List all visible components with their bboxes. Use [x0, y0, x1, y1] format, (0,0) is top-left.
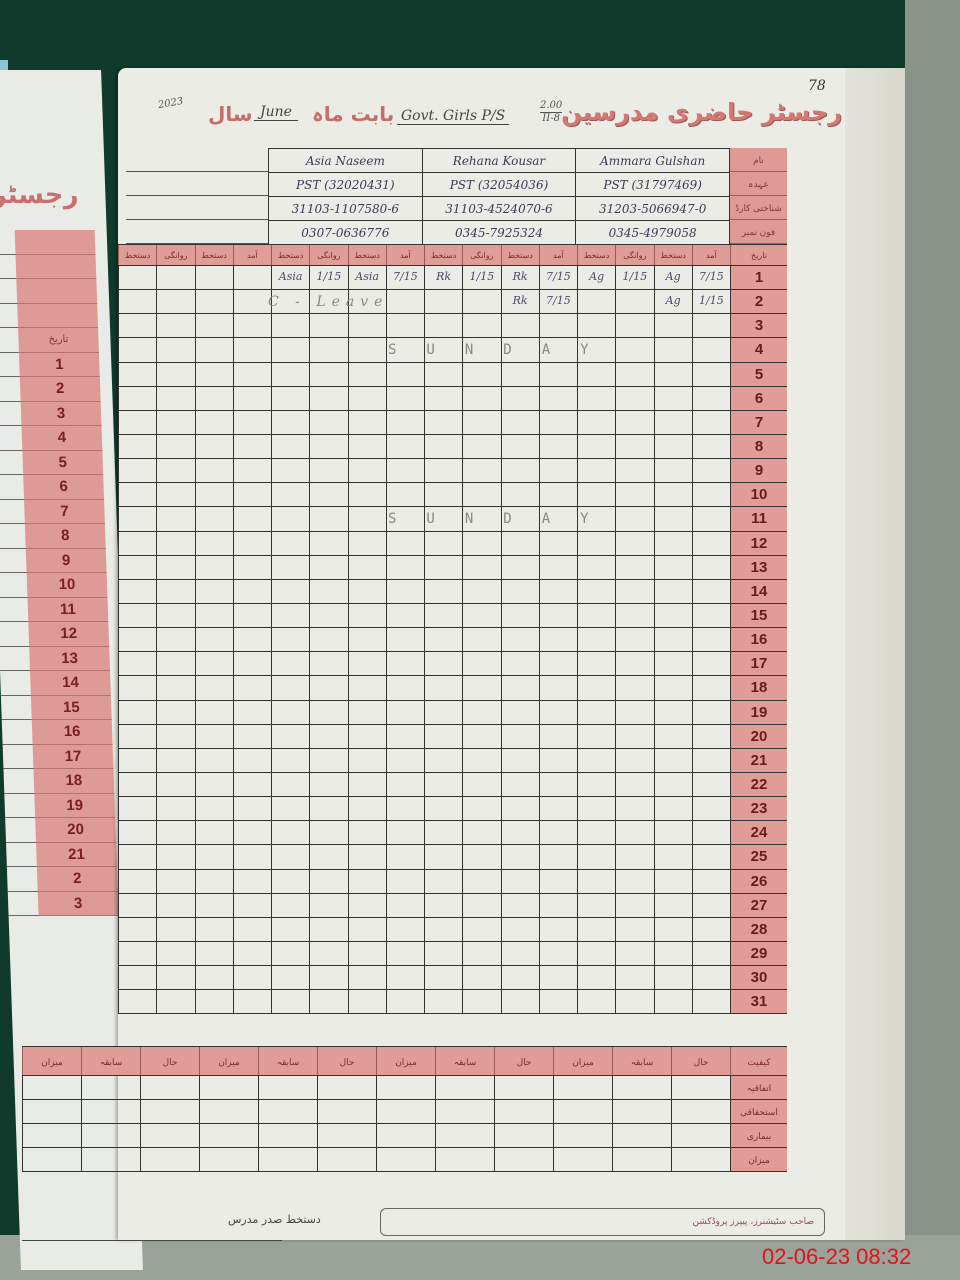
attendance-cell [156, 990, 194, 1013]
attendance-cell [692, 725, 730, 748]
summary-cell [199, 1148, 258, 1171]
attendance-cell [386, 483, 424, 506]
attendance-cell: Rk [501, 266, 539, 289]
attendance-cell [118, 652, 156, 675]
attendance-cell [233, 725, 271, 748]
attendance-cell [577, 652, 615, 675]
attendance-cell [615, 435, 653, 458]
attendance-cell [424, 701, 462, 724]
attendance-cell [615, 701, 653, 724]
attendance-cell [424, 580, 462, 603]
left-info-label [15, 255, 96, 280]
summary-row: میزان [22, 1148, 787, 1172]
summary-cell [671, 1148, 730, 1171]
attendance-cell [462, 725, 500, 748]
attendance-cell [692, 580, 730, 603]
attendance-cell [271, 556, 309, 579]
attendance-cell [348, 338, 386, 361]
summary-cell [81, 1100, 140, 1123]
attendance-cell [195, 580, 233, 603]
date-cell: 31 [730, 990, 787, 1013]
attendance-cell [348, 411, 386, 434]
attendance-cell [692, 387, 730, 410]
column-header: دستخط [271, 245, 309, 265]
summary-cell [22, 1076, 81, 1099]
attendance-cell [577, 870, 615, 893]
date-cell: 8 [730, 435, 787, 458]
attendance-cell: 7/15 [386, 266, 424, 289]
left-date-cell: 3 [21, 402, 102, 427]
attendance-cell [577, 773, 615, 796]
attendance-cell [156, 363, 194, 386]
attendance-cell [539, 725, 577, 748]
holiday-note: SUNDAY [388, 338, 758, 362]
attendance-row: 19 [118, 701, 787, 725]
attendance-cell [501, 483, 539, 506]
attendance-cell [577, 580, 615, 603]
attendance-cell [654, 411, 692, 434]
attendance-cell [348, 652, 386, 675]
left-rule-line [0, 230, 15, 255]
attendance-cell [156, 845, 194, 868]
attendance-cell [233, 942, 271, 965]
attendance-cell [271, 676, 309, 699]
summary-row: بیماری [22, 1124, 787, 1148]
date-cell: 26 [730, 870, 787, 893]
summary-cell [376, 1148, 435, 1171]
attendance-cell [539, 363, 577, 386]
column-header: روانگی [156, 245, 194, 265]
attendance-cell [424, 435, 462, 458]
attendance-cell [233, 266, 271, 289]
column-header: دستخط [501, 245, 539, 265]
teacher-name: Rehana Kousar [422, 149, 576, 173]
left-rule-line [1, 696, 32, 721]
attendance-cell [539, 459, 577, 482]
attendance-cell [654, 459, 692, 482]
attendance-cell [386, 363, 424, 386]
summary-cell [317, 1124, 376, 1147]
register-page: 78 2023 سال June بابت ماہ Govt. Girls P/… [118, 68, 905, 1240]
left-rule-line [0, 500, 25, 525]
attendance-cell [386, 628, 424, 651]
attendance-cell [386, 942, 424, 965]
attendance-cell [233, 701, 271, 724]
attendance-cell [501, 701, 539, 724]
attendance-cell [615, 894, 653, 917]
attendance-cell [424, 290, 462, 313]
attendance-cell: 1/15 [692, 290, 730, 313]
attendance-cell [577, 845, 615, 868]
attendance-row: 12 [118, 532, 787, 556]
left-rule-line [0, 647, 30, 672]
date-cell: 3 [730, 314, 787, 337]
attendance-row: 17 [118, 652, 787, 676]
date-cell: 25 [730, 845, 787, 868]
date-cell: 5 [730, 363, 787, 386]
attendance-cell [118, 532, 156, 555]
attendance-cell: Ag [577, 266, 615, 289]
info-label: شناختی کارڈ [730, 196, 787, 220]
left-rule-line [5, 818, 36, 843]
date-cell: 7 [730, 411, 787, 434]
attendance-cell [577, 797, 615, 820]
summary-cell [494, 1124, 553, 1147]
date-cell: 1 [730, 266, 787, 289]
attendance-cell [462, 773, 500, 796]
summary-row-label: بیماری [730, 1124, 787, 1147]
attendance-cell [348, 990, 386, 1013]
page-number: 78 [808, 78, 826, 94]
attendance-cell [615, 725, 653, 748]
attendance-cell [462, 918, 500, 941]
attendance-cell [424, 556, 462, 579]
attendance-cell [654, 797, 692, 820]
attendance-cell [577, 411, 615, 434]
left-rule-line [0, 304, 18, 329]
info-blank-lines [126, 148, 268, 244]
attendance-cell [118, 290, 156, 313]
summary-cell [553, 1100, 612, 1123]
attendance-cell [233, 483, 271, 506]
attendance-cell [118, 725, 156, 748]
attendance-cell [348, 556, 386, 579]
attendance-cell [539, 387, 577, 410]
summary-header: حال [494, 1047, 553, 1075]
info-label: عہدہ [730, 172, 787, 196]
attendance-cell [386, 870, 424, 893]
attendance-cell [692, 363, 730, 386]
column-header: آمد [386, 245, 424, 265]
attendance-cell [309, 966, 347, 989]
column-header: آمد [233, 245, 271, 265]
attendance-cell [271, 314, 309, 337]
attendance-cell [309, 483, 347, 506]
attendance-cell [309, 676, 347, 699]
attendance-cell [654, 942, 692, 965]
attendance-cell [233, 604, 271, 627]
attendance-cell [462, 556, 500, 579]
attendance-cell [692, 749, 730, 772]
summary-cell [317, 1076, 376, 1099]
attendance-cell [692, 435, 730, 458]
attendance-cell [424, 870, 462, 893]
attendance-cell [118, 459, 156, 482]
attendance-cell [271, 652, 309, 675]
attendance-cell [424, 725, 462, 748]
attendance-cell [539, 821, 577, 844]
teacher-designation: PST (31797469) [576, 173, 730, 197]
attendance-cell [233, 652, 271, 675]
attendance-cell [309, 604, 347, 627]
school-name: Govt. Girls P/S [397, 108, 509, 125]
attendance-cell [386, 676, 424, 699]
date-cell: 14 [730, 580, 787, 603]
attendance-cell [501, 749, 539, 772]
attendance-cell [615, 556, 653, 579]
attendance-cell: 1/15 [462, 266, 500, 289]
attendance-cell [271, 459, 309, 482]
attendance-cell [233, 411, 271, 434]
info-row-phone: 0307-06367760345-79253240345-4979058 [269, 221, 730, 245]
attendance-cell [654, 725, 692, 748]
attendance-cell [539, 676, 577, 699]
attendance-cell [118, 942, 156, 965]
date-cell: 24 [730, 821, 787, 844]
attendance-cell [271, 483, 309, 506]
info-row-name: Asia NaseemRehana KousarAmmara Gulshan [269, 149, 730, 173]
left-info-label [16, 279, 97, 304]
attendance-cell [348, 435, 386, 458]
publisher-imprint: صاحب سٹیشنرز، پیپرز پروڈکشن [380, 1208, 825, 1236]
attendance-cell [233, 363, 271, 386]
attendance-cell [195, 797, 233, 820]
left-rule-line [0, 671, 31, 696]
attendance-cell [233, 628, 271, 651]
attendance-cell [577, 604, 615, 627]
summary-cell [612, 1076, 671, 1099]
attendance-cell [615, 773, 653, 796]
summary-cell [140, 1100, 199, 1123]
attendance-cell [577, 314, 615, 337]
attendance-cell: Ag [654, 266, 692, 289]
attendance-cell [233, 556, 271, 579]
holiday-note: SUNDAY [388, 507, 758, 531]
attendance-cell [577, 363, 615, 386]
date-cell: 2 [730, 290, 787, 313]
attendance-cell [271, 387, 309, 410]
attendance-cell [692, 845, 730, 868]
left-info-label [15, 230, 96, 255]
attendance-cell [386, 918, 424, 941]
attendance-cell [654, 676, 692, 699]
attendance-cell [271, 338, 309, 361]
left-date-cell: 16 [32, 720, 113, 745]
column-header: آمد [692, 245, 730, 265]
attendance-cell [156, 507, 194, 530]
attendance-cell [233, 773, 271, 796]
attendance-cell: Asia [271, 266, 309, 289]
attendance-cell [195, 314, 233, 337]
summary-cell [612, 1124, 671, 1147]
attendance-cell [309, 435, 347, 458]
attendance-rows: Asia1/15Asia7/15Rk1/15Rk7/15Ag1/15Ag7/15… [118, 266, 787, 1014]
date-cell: 18 [730, 676, 787, 699]
summary-rows: اتفاقیہاستحقاقیبیماریمیزان [22, 1076, 787, 1172]
attendance-cell [577, 749, 615, 772]
attendance-cell [118, 266, 156, 289]
attendance-cell [577, 894, 615, 917]
attendance-cell [615, 676, 653, 699]
teacher-cnic: 31203-5066947-0 [576, 197, 730, 221]
left-date-cell: 8 [25, 524, 106, 549]
attendance-cell [615, 749, 653, 772]
attendance-cell: Rk [424, 266, 462, 289]
attendance-cell [462, 580, 500, 603]
attendance-cell [118, 628, 156, 651]
attendance-row: 14 [118, 580, 787, 604]
attendance-cell [195, 604, 233, 627]
attendance-cell [195, 532, 233, 555]
left-rule-line [3, 745, 34, 770]
attendance-cell [692, 797, 730, 820]
summary-cell [81, 1076, 140, 1099]
left-rule-line [0, 255, 16, 280]
attendance-cell [156, 942, 194, 965]
date-cell: 30 [730, 966, 787, 989]
attendance-cell [156, 532, 194, 555]
attendance-cell: Ag [654, 290, 692, 313]
attendance-cell [615, 532, 653, 555]
attendance-cell [309, 845, 347, 868]
attendance-cell [309, 387, 347, 410]
summary-header: سابقہ [81, 1047, 140, 1075]
attendance-cell [501, 532, 539, 555]
attendance-cell [348, 604, 386, 627]
date-cell: 21 [730, 749, 787, 772]
attendance-cell [195, 459, 233, 482]
attendance-cell [615, 821, 653, 844]
attendance-cell [501, 821, 539, 844]
left-date-cell: 5 [22, 451, 103, 476]
attendance-cell [654, 556, 692, 579]
date-cell: 9 [730, 459, 787, 482]
column-header: دستخط [424, 245, 462, 265]
teacher-designation: PST (32054036) [422, 173, 576, 197]
attendance-cell [156, 894, 194, 917]
left-date-header: تاریخ [18, 328, 99, 353]
attendance-row: 29 [118, 942, 787, 966]
teacher-phone: 0307-0636776 [269, 221, 423, 245]
attendance-cell [118, 314, 156, 337]
column-header: روانگی [615, 245, 653, 265]
attendance-row: 4SUNDAY [118, 338, 787, 362]
attendance-cell [386, 411, 424, 434]
summary-header: میزان [376, 1047, 435, 1075]
attendance-cell [462, 990, 500, 1013]
attendance-cell [309, 894, 347, 917]
attendance-cell [386, 773, 424, 796]
summary-row: اتفاقیہ [22, 1076, 787, 1100]
left-rule-line [0, 451, 23, 476]
attendance-cell [118, 604, 156, 627]
attendance-cell [501, 676, 539, 699]
attendance-cell [692, 966, 730, 989]
column-header: دستخط [348, 245, 386, 265]
attendance-cell [424, 628, 462, 651]
attendance-cell [577, 821, 615, 844]
attendance-cell [386, 580, 424, 603]
left-date-cell: 6 [23, 475, 104, 500]
attendance-cell [271, 749, 309, 772]
attendance-cell [271, 580, 309, 603]
attendance-cell [233, 676, 271, 699]
attendance-cell [424, 604, 462, 627]
attendance-cell [615, 628, 653, 651]
attendance-cell [654, 532, 692, 555]
attendance-row: 23 [118, 797, 787, 821]
summary-cell [22, 1148, 81, 1171]
attendance-cell [118, 821, 156, 844]
attendance-cell [539, 483, 577, 506]
attendance-cell [156, 387, 194, 410]
attendance-cell [386, 556, 424, 579]
attendance-cell [692, 532, 730, 555]
summary-cell [140, 1124, 199, 1147]
attendance-cell [195, 990, 233, 1013]
attendance-cell [348, 701, 386, 724]
summary-cell [671, 1100, 730, 1123]
attendance-cell [348, 483, 386, 506]
summary-header: سابقہ [612, 1047, 671, 1075]
left-date-cell: 12 [28, 622, 109, 647]
attendance-cell [424, 942, 462, 965]
attendance-cell [577, 918, 615, 941]
attendance-cell [654, 773, 692, 796]
left-rule-line [3, 769, 34, 794]
attendance-cell [348, 628, 386, 651]
attendance-cell [233, 749, 271, 772]
attendance-row: 25 [118, 845, 787, 869]
attendance-cell [271, 507, 309, 530]
attendance-cell [577, 483, 615, 506]
attendance-cell [501, 870, 539, 893]
attendance-cell [654, 314, 692, 337]
attendance-cell [233, 314, 271, 337]
attendance-cell [692, 773, 730, 796]
attendance-cell [271, 966, 309, 989]
attendance-cell [271, 870, 309, 893]
attendance-cell [577, 966, 615, 989]
attendance-cell [118, 701, 156, 724]
attendance-cell [386, 797, 424, 820]
attendance-cell [692, 821, 730, 844]
attendance-cell [424, 966, 462, 989]
attendance-cell [692, 411, 730, 434]
attendance-cell [539, 604, 577, 627]
summary-headers: میزانسابقہحالمیزانسابقہحالمیزانسابقہحالم… [22, 1046, 787, 1076]
attendance-cell [615, 483, 653, 506]
attendance-cell [424, 532, 462, 555]
attendance-cell [615, 652, 653, 675]
attendance-cell [195, 338, 233, 361]
column-header: دستخط [654, 245, 692, 265]
attendance-cell [118, 435, 156, 458]
attendance-cell [348, 387, 386, 410]
summary-header: میزان [553, 1047, 612, 1075]
attendance-cell [462, 604, 500, 627]
column-header: روانگی [462, 245, 500, 265]
attendance-cell [424, 773, 462, 796]
attendance-cell [615, 845, 653, 868]
attendance-cell [156, 821, 194, 844]
attendance-cell [195, 290, 233, 313]
attendance-cell [233, 797, 271, 820]
attendance-cell [577, 628, 615, 651]
attendance-cell [692, 556, 730, 579]
attendance-cell [195, 435, 233, 458]
attendance-cell [118, 483, 156, 506]
summary-cell [671, 1076, 730, 1099]
attendance-cell [348, 845, 386, 868]
info-row-designation: PST (32020431)PST (32054036)PST (3179746… [269, 173, 730, 197]
summary-cell [258, 1076, 317, 1099]
attendance-cell: Asia [348, 266, 386, 289]
register-title: رجسٹر حاضری مدرسین [561, 98, 842, 126]
left-rule-line [2, 720, 33, 745]
attendance-row: 7 [118, 411, 787, 435]
attendance-cell [309, 507, 347, 530]
